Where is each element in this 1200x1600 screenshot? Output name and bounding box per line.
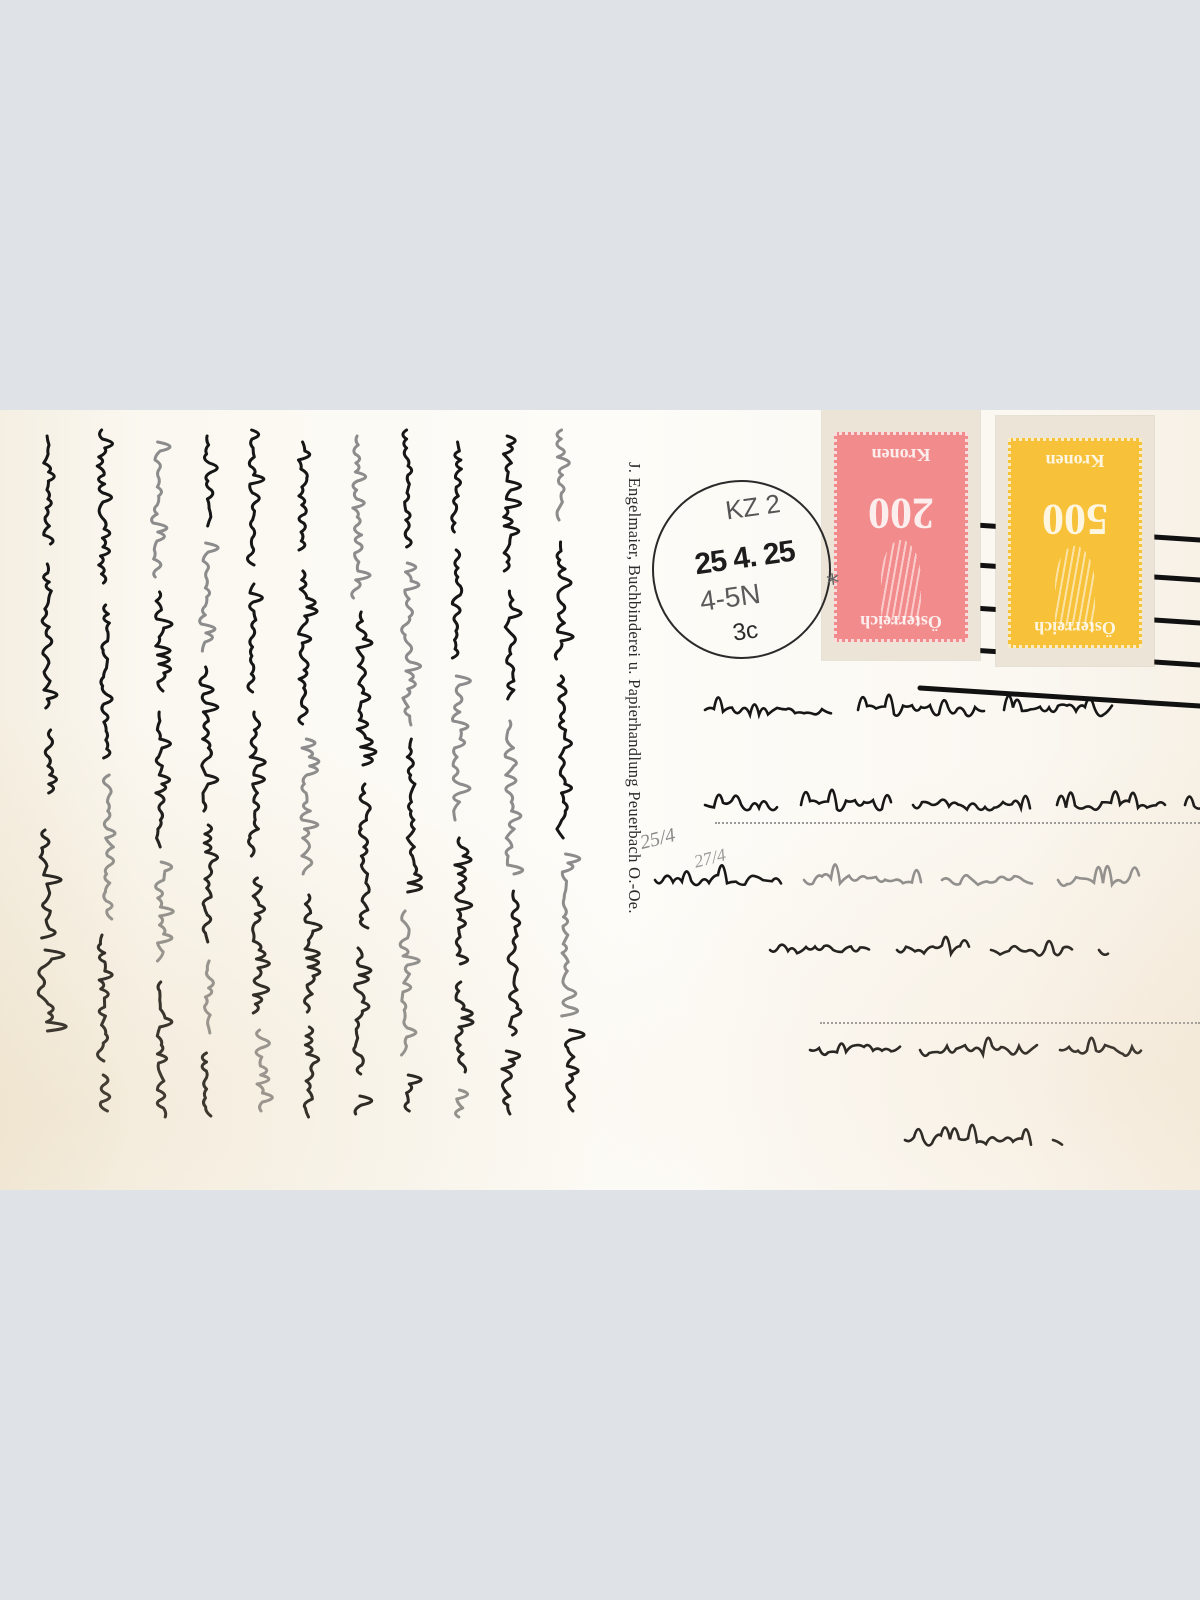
stamp-500-kronen: Kronen 500 Österreich [996, 416, 1154, 666]
postcard: 25/4 27/4 Kronen 200 Österreich Kronen 5… [0, 410, 1200, 1190]
stamp-value: 200 [822, 488, 980, 539]
wheat-icon [1055, 546, 1095, 626]
stamp-200-kronen: Kronen 200 Österreich [822, 410, 980, 660]
postmark-time: 4-5N [698, 578, 763, 618]
address-rule [715, 822, 1200, 824]
postmark-code: 3c [731, 616, 760, 647]
printer-credit: J. Engelmaier, Buchbinderei u. Papierhan… [624, 462, 644, 914]
postmark-date: 25 4. 25 [693, 535, 797, 583]
address-rule [820, 1022, 1200, 1024]
wheat-icon [881, 540, 921, 620]
stamp-value: 500 [996, 494, 1154, 545]
